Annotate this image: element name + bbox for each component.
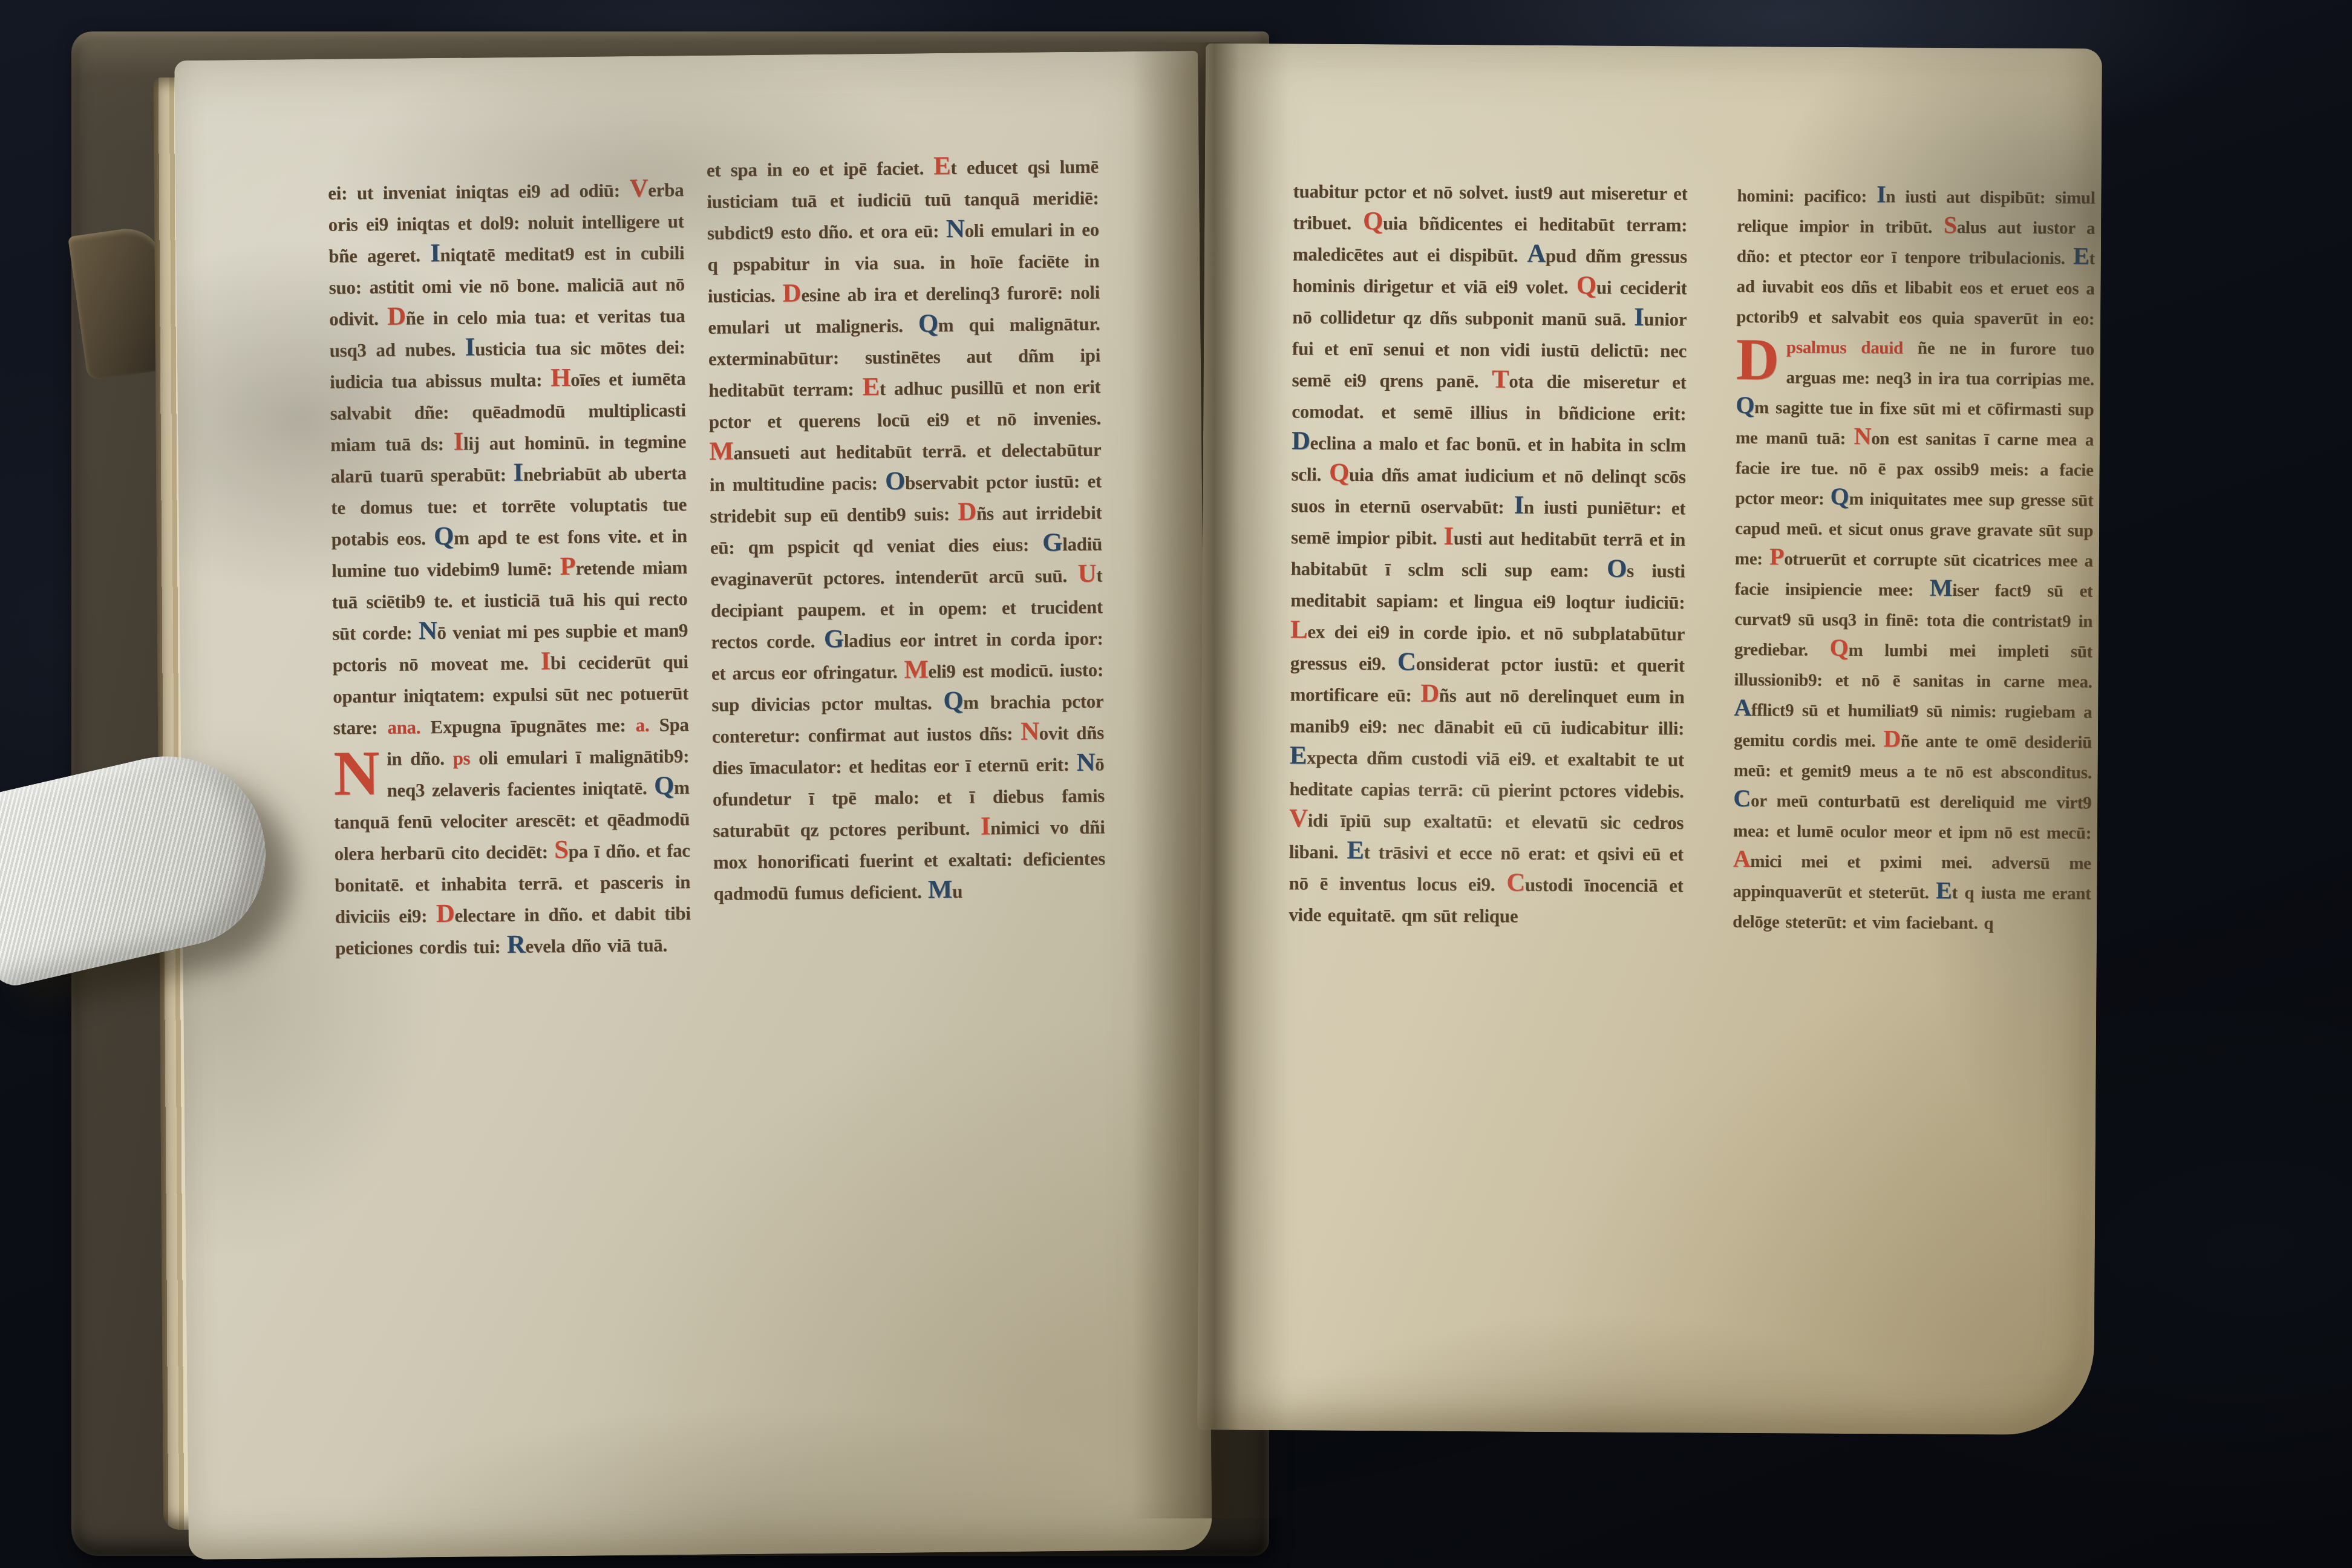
illuminated-initial: D [1736,332,1786,385]
illuminated-initial: G [1042,528,1062,557]
illuminated-initial: C [1506,869,1525,897]
illuminated-initial: V [629,174,648,203]
illuminated-initial: E [1936,877,1952,904]
illuminated-initial: Q [1576,271,1596,299]
left-page-column-2: et spa in eo et ipē faciet. Et educet qs… [707,151,1109,1308]
illuminated-initial: Q [943,687,963,715]
text-run: et spa in eo et ipē faciet. [707,157,934,181]
illuminated-initial: S [554,835,569,864]
illuminated-initial: Q [1829,634,1848,661]
text-run: u [952,881,962,902]
left-manuscript-page: ei: ut inveniat iniqtas ei9 ad odiū: Ver… [174,51,1212,1560]
illuminated-initial: E [1347,836,1364,864]
illuminated-initial: A [1527,240,1546,268]
illuminated-initial: D [1883,725,1901,752]
illuminated-initial: S [1944,211,1957,238]
illuminated-initial: E [862,373,880,401]
text-run: homini: pacifico: [1737,186,1877,206]
illuminated-initial: I [465,333,475,361]
illuminated-initial: H [550,364,570,392]
text-run: ana. [387,716,430,738]
illuminated-initial: Q [434,522,454,550]
illuminated-initial: M [928,875,953,904]
illuminated-initial: D [387,302,406,331]
illuminated-initial: I [513,459,523,487]
illuminated-initial: U [1078,560,1097,588]
text-run: evela dño viā tuā. [525,934,667,956]
illuminated-initial: D [783,279,802,307]
illuminated-initial: C [1733,785,1751,812]
illuminated-initial: G [824,625,844,653]
illuminated-initial: Q [1736,391,1754,419]
illuminated-initial: A [1734,694,1751,721]
illuminated-initial: D [958,497,976,526]
text-run: ps [452,747,479,768]
illuminated-initial: P [560,552,575,581]
illuminated-initial: I [1634,303,1644,332]
illuminated-initial: N [333,743,387,800]
right-page-column-1: tuabitur pctor et nō solvet. iust9 aut m… [1286,175,1687,1295]
right-page-column-2: homini: pacifico: In iusti aut dispibūt:… [1730,181,2095,1300]
illuminated-initial: C [1397,647,1416,676]
illuminated-initial: Q [918,309,938,338]
illuminated-initial: D [436,900,455,928]
illuminated-initial: I [1877,181,1886,208]
illuminated-initial: L [1290,615,1308,644]
text-run: ei: ut inveniat iniqtas ei9 ad odiū: [328,180,630,204]
illuminated-initial: N [946,215,965,243]
illuminated-initial: T [1492,365,1509,393]
illuminated-initial: N [1076,748,1095,777]
illuminated-initial: E [1290,741,1307,769]
illuminated-initial: N [1021,717,1039,746]
illuminated-initial: Q [654,771,674,800]
text-run: or meū conturbatū est dereliquid me virt… [1733,791,2091,843]
illuminated-initial: Q [1363,207,1383,235]
illuminated-initial: O [1607,555,1627,583]
illuminated-initial: D [1292,426,1310,455]
illuminated-initial: Q [1329,459,1349,487]
illuminated-initial: I [453,428,463,456]
manuscript-photograph: ei: ut inveniat iniqtas ei9 ad odiū: Ver… [0,0,2352,1568]
illuminated-initial: E [933,152,951,180]
left-page-column-1: ei: ut inveniat iniqtas ei9 ad odiū: Ver… [328,174,694,1310]
illuminated-initial: N [1854,422,1871,449]
illuminated-initial: V [1289,804,1308,832]
illuminated-initial: I [540,647,550,675]
illuminated-initial: O [885,467,905,495]
illuminated-initial: I [430,239,440,267]
illuminated-initial: R [507,930,526,959]
illuminated-initial: Q [1831,483,1849,510]
illuminated-initial: E [2073,242,2089,269]
illuminated-initial: M [1930,574,1953,601]
text-run: xpecta dñm custodi viā ei9. et exaltabit… [1289,747,1684,802]
illuminated-initial: M [709,437,734,465]
text-run: psalmus dauid [1786,338,1918,358]
illuminated-initial: N [419,616,437,645]
right-manuscript-page: tuabitur pctor et nō solvet. iust9 aut m… [1197,43,2102,1435]
illuminated-initial: I [981,812,991,840]
text-run: a. [636,714,659,736]
text-run: Expugna īpugnātes me: [430,714,636,737]
illuminated-initial: M [904,655,929,684]
illuminated-initial: I [1443,522,1454,550]
illuminated-initial: D [1420,679,1439,708]
illuminated-initial: P [1769,543,1784,570]
illuminated-initial: A [1733,845,1751,872]
illuminated-initial: I [1514,491,1524,520]
